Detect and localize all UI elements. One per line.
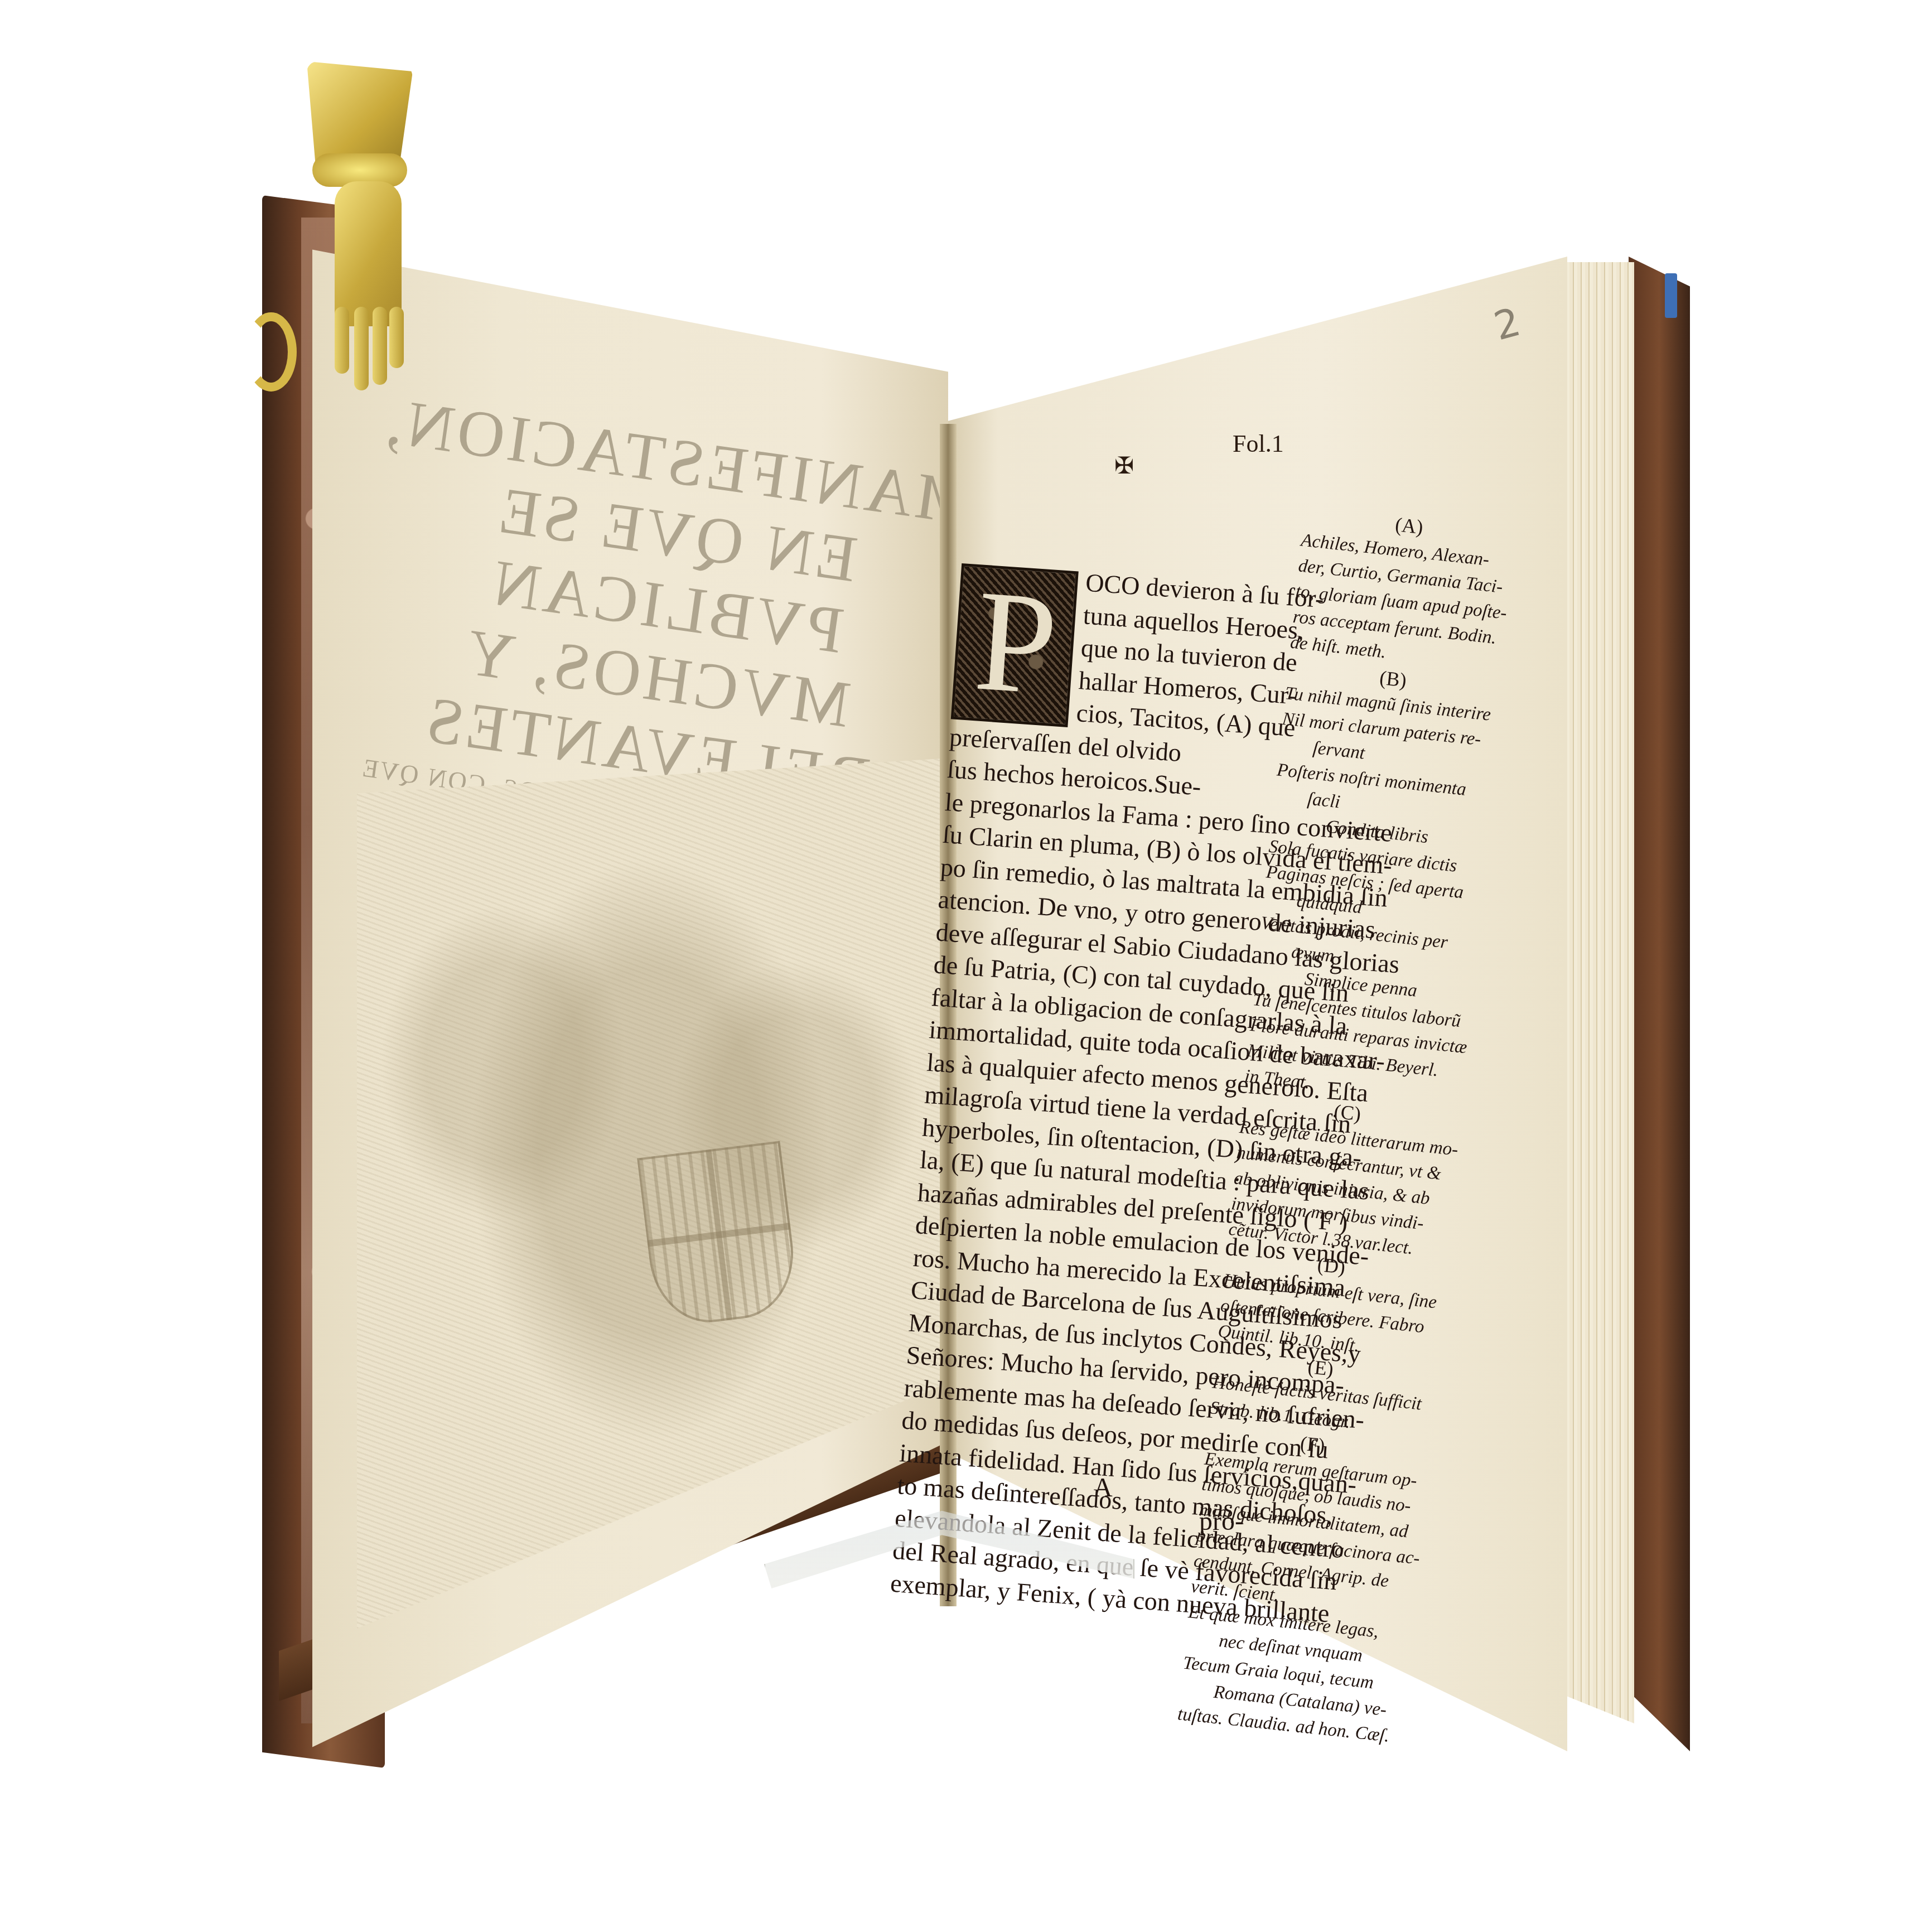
brass-hand-clip — [301, 61, 418, 385]
clip-finger — [354, 307, 369, 390]
folio-header: Fol.1 — [1233, 429, 1284, 458]
clip-cuff — [307, 61, 413, 162]
signature-mark: A — [1093, 1472, 1113, 1503]
clip-finger — [373, 307, 387, 385]
page-block-edge — [1562, 262, 1634, 1723]
clip-palm — [335, 181, 402, 326]
blue-endpaper-fragment — [1665, 273, 1677, 318]
clip-ring — [245, 312, 297, 392]
cross-ornament-icon: ✠ — [1114, 452, 1134, 479]
book-photo: MANIFESTACION, EN QVE SE PVBLICAN MVCHOS… — [0, 0, 1932, 1932]
clip-finger — [335, 307, 349, 374]
drop-cap-letter: P — [970, 562, 1062, 723]
decorated-initial: P — [951, 563, 1079, 727]
clip-finger — [389, 307, 404, 368]
right-leather-cover — [1629, 257, 1690, 1751]
